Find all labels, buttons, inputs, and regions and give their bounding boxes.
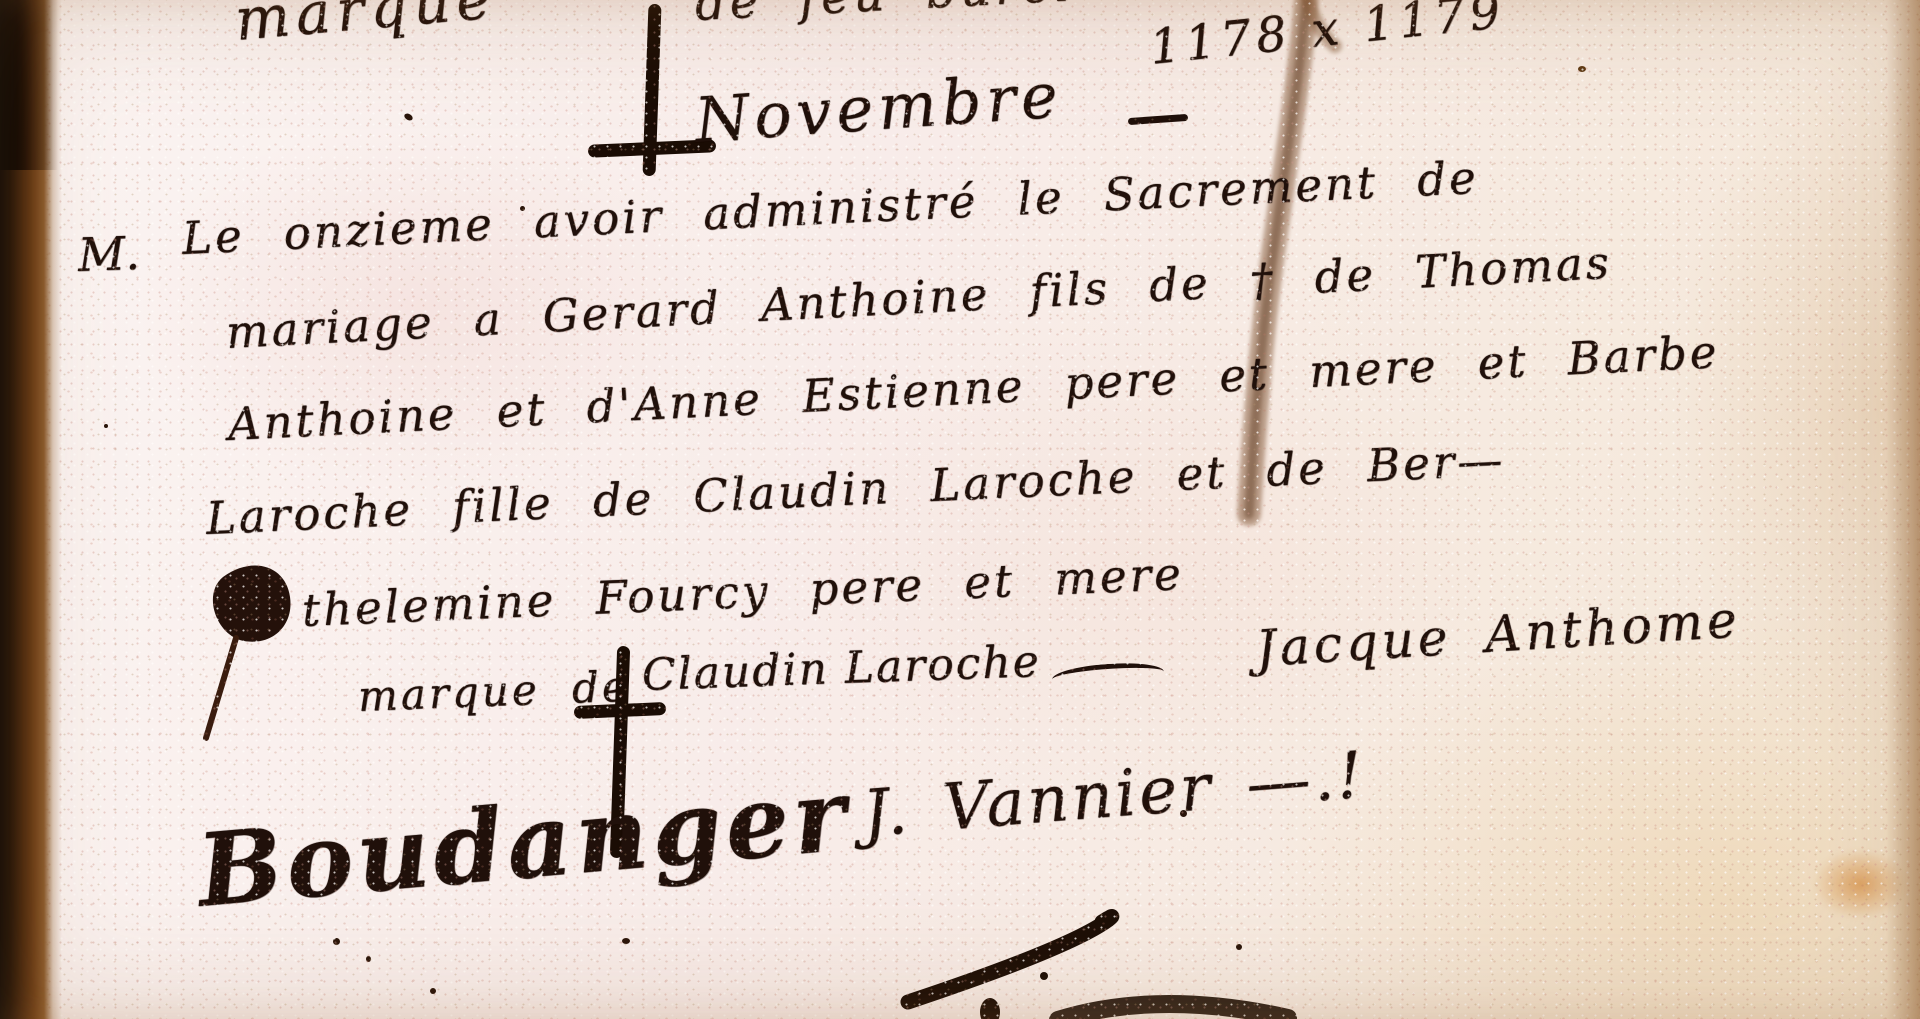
signature-flourish xyxy=(878,900,1338,1019)
pen-flourish-squiggle xyxy=(1051,660,1164,691)
manuscript-page: marque de feu burel 1178 x 1179 Novembre… xyxy=(0,0,1920,1019)
ink-speck xyxy=(1180,810,1187,817)
pen-flourish-dash xyxy=(1128,114,1188,125)
ink-speck xyxy=(430,988,436,994)
ink-speck xyxy=(366,956,371,962)
page-edge-shading xyxy=(1886,0,1920,1019)
witness-signature-jacque: Jacque Anthome xyxy=(1254,590,1742,678)
top-line-marque: marque xyxy=(232,0,499,54)
ink-speck xyxy=(520,206,525,211)
cross-horizontal-stroke xyxy=(574,702,666,719)
ink-speck xyxy=(403,112,414,122)
ink-speck xyxy=(622,938,630,944)
record-line-5: thelemine Fourcy pere et mere xyxy=(301,547,1185,637)
signature-boudanger: Boudanger xyxy=(193,755,854,930)
ink-speck xyxy=(104,424,108,428)
ink-speck xyxy=(1578,66,1586,72)
margin-initial: M. xyxy=(77,226,141,282)
book-binding-edge xyxy=(0,0,62,1019)
month-heading: Novembre xyxy=(692,58,1064,157)
ink-speck xyxy=(333,938,340,945)
ink-speck xyxy=(1236,944,1242,950)
signature-vannier: J. Vannier —.! xyxy=(860,739,1368,852)
top-line-defunct: de feu burel xyxy=(694,0,1075,32)
ink-blot xyxy=(178,552,338,752)
witness-name-claudin: Claudin Laroche xyxy=(641,636,1041,701)
